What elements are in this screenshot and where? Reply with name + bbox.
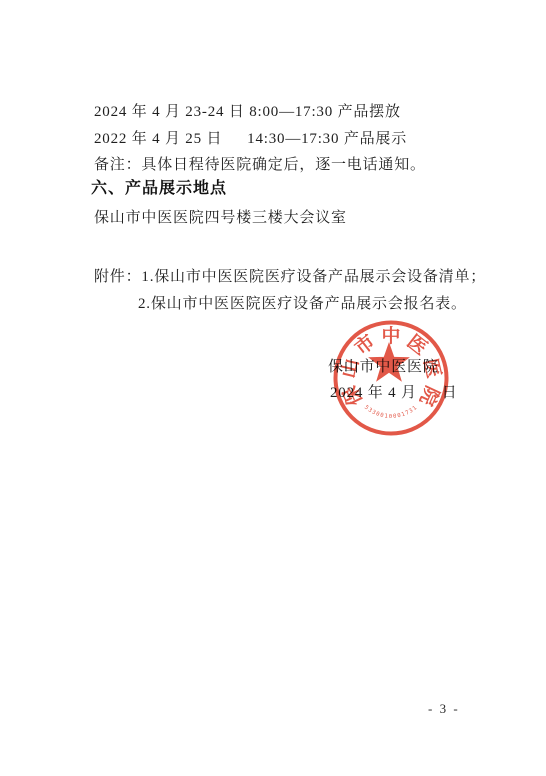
seal-code: 5330010001731 (363, 405, 419, 420)
official-seal-stamp: 保 山 市 中 医 医 院 5330010001731 (324, 313, 460, 449)
schedule-line-1: 2024 年 4 月 23-24 日 8:00—17:30 产品摆放 (94, 103, 401, 121)
seal-arc-char: 中 (381, 324, 400, 347)
seal-arc-char: 医 (419, 357, 445, 381)
page-number: - 3 - (428, 701, 460, 717)
section-heading: 六、产品展示地点 (91, 180, 227, 198)
section-location: 保山市中医医院四号楼三楼大会议室 (94, 209, 347, 227)
schedule-note: 备注：具体日程待医院确定后，逐一电话通知。 (94, 156, 426, 174)
attachment-line-1: 附件：1.保山市中医医院医疗设备产品展示会设备清单； (94, 268, 486, 286)
schedule-line-2: 2022 年 4 月 25 日 14:30—17:30 产品展示 (94, 130, 407, 148)
attachment-line-2: 2.保山市中医医院医疗设备产品展示会报名表。 (138, 295, 467, 313)
document-page: 2024 年 4 月 23-24 日 8:00—17:30 产品摆放 2022 … (0, 0, 546, 776)
seal-arc-char: 山 (337, 357, 363, 381)
